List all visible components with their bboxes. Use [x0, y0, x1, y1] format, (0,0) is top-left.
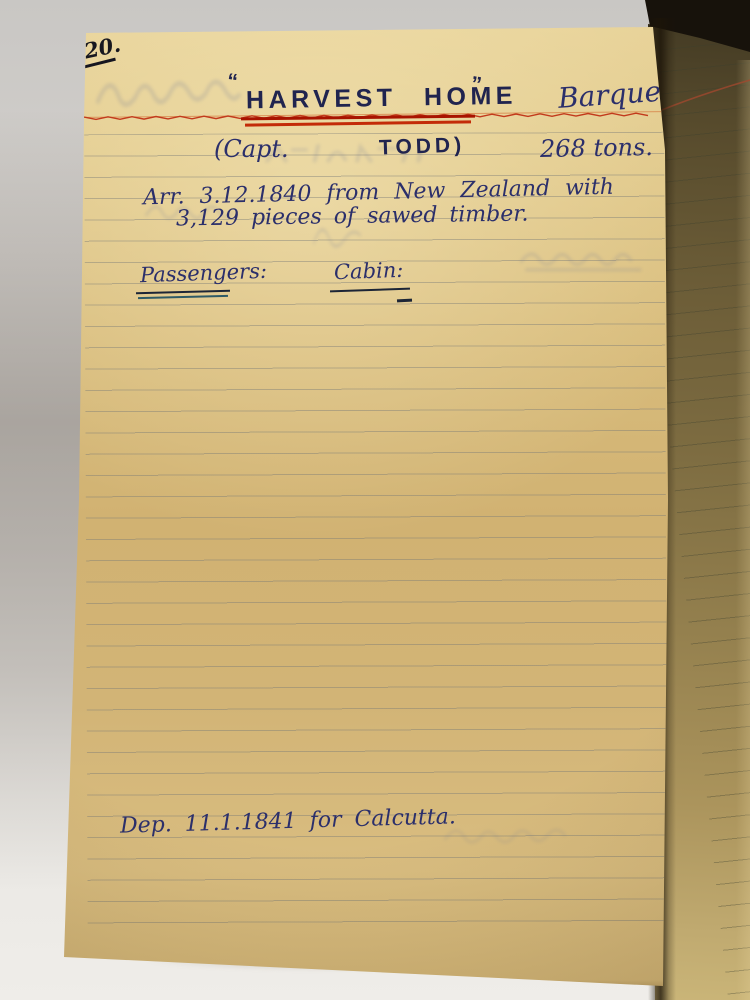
page-vignette — [0, 0, 750, 1000]
ledger-page: 20. “ HARVEST HOME ” Barque. (Capt. TODD… — [0, 0, 750, 1000]
notebook-photo: 20. “ HARVEST HOME ” Barque. (Capt. TODD… — [0, 0, 750, 1000]
facing-page-edge-highlight — [736, 60, 750, 1000]
